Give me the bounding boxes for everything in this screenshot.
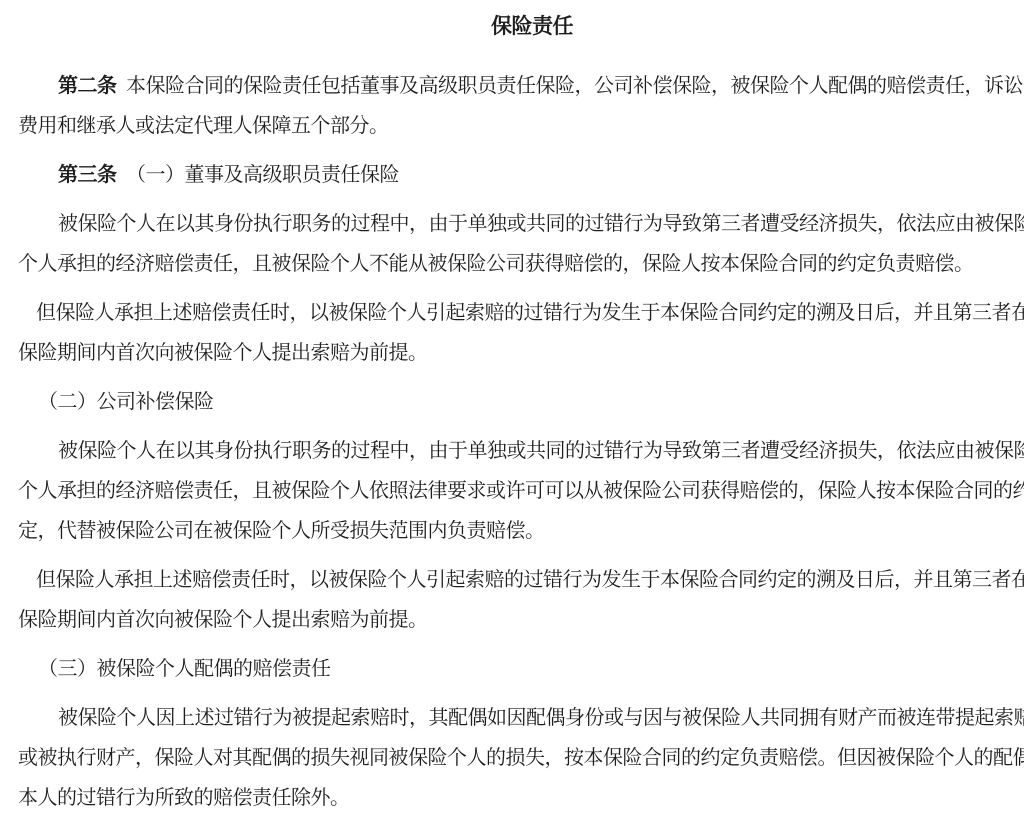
section-1-p1-line-1: 被保险个人在以其身份执行职务的过程中，由于单独或共同的过错行为导致第三者遭受经济…: [18, 204, 1024, 244]
section-2-paragraph-1: 被保险个人在以其身份执行职务的过程中，由于单独或共同的过错行为导致第三者遭受经济…: [18, 431, 1024, 551]
section-1-paragraph-1: 被保险个人在以其身份执行职务的过程中，由于单独或共同的过错行为导致第三者遭受经济…: [18, 204, 1024, 284]
section-1-paragraph-2: 但保险人承担上述赔偿责任时，以被保险个人引起索赔的过错行为发生于本保险合同约定的…: [18, 293, 1024, 373]
article-3-heading-line: 第三条 （一）董事及高级职员责任保险: [18, 155, 1024, 195]
article-2-line-2: 费用和继承人或法定代理人保障五个部分。: [18, 106, 1024, 146]
article-3-label: 第三条: [58, 164, 117, 186]
article-3-heading: 第三条 （一）董事及高级职员责任保险: [18, 155, 1024, 195]
section-2-heading-line: （二）公司补偿保险: [18, 382, 1024, 422]
section-2-paragraph-2: 但保险人承担上述赔偿责任时，以被保险个人引起索赔的过错行为发生于本保险合同约定的…: [18, 560, 1024, 640]
page-title: 保险责任: [40, 6, 1024, 46]
section-1-heading-text: （一）董事及高级职员责任保险: [117, 164, 400, 186]
section-2-heading: （二）公司补偿保险: [18, 382, 1024, 422]
article-2-label: 第二条: [58, 75, 117, 97]
article-2-line-1: 第二条 本保险合同的保险责任包括董事及高级职员责任保险，公司补偿保险，被保险个人…: [18, 66, 1024, 106]
section-2-p1-line-3: 定，代替被保险公司在被保险个人所受损失范围内负责赔偿。: [18, 511, 1024, 551]
section-3-p1-line-3: 本人的过错行为所致的赔偿责任除外。: [18, 778, 1024, 818]
document-page: 保险责任 第二条 本保险合同的保险责任包括董事及高级职员责任保险，公司补偿保险，…: [0, 0, 1024, 825]
section-3-paragraph-1: 被保险个人因上述过错行为被提起索赔时，其配偶如因配偶身份或与因与被保险人共同拥有…: [18, 698, 1024, 818]
article-2-paragraph: 第二条 本保险合同的保险责任包括董事及高级职员责任保险，公司补偿保险，被保险个人…: [18, 66, 1024, 146]
section-3-heading: （三）被保险个人配偶的赔偿责任: [18, 649, 1024, 689]
section-3-heading-line: （三）被保险个人配偶的赔偿责任: [18, 649, 1024, 689]
section-1-p2-line-2: 保险期间内首次向被保险个人提出索赔为前提。: [18, 333, 1024, 373]
section-1-p1-line-2: 个人承担的经济赔偿责任，且被保险个人不能从被保险公司获得赔偿的，保险人按本保险合…: [18, 244, 1024, 284]
section-3-p1-line-1: 被保险个人因上述过错行为被提起索赔时，其配偶如因配偶身份或与因与被保险人共同拥有…: [18, 698, 1024, 738]
article-2-text: 本保险合同的保险责任包括董事及高级职员责任保险，公司补偿保险，被保险个人配偶的赔…: [117, 75, 1024, 97]
section-2-p1-line-2: 个人承担的经济赔偿责任，且被保险个人依照法律要求或许可可以从被保险公司获得赔偿的…: [18, 471, 1024, 511]
section-1-p2-line-1: 但保险人承担上述赔偿责任时，以被保险个人引起索赔的过错行为发生于本保险合同约定的…: [18, 293, 1024, 333]
section-3-p1-line-2: 或被执行财产，保险人对其配偶的损失视同被保险个人的损失，按本保险合同的约定负责赔…: [18, 738, 1024, 778]
section-2-p2-line-1: 但保险人承担上述赔偿责任时，以被保险个人引起索赔的过错行为发生于本保险合同约定的…: [18, 560, 1024, 600]
section-2-p2-line-2: 保险期间内首次向被保险个人提出索赔为前提。: [18, 600, 1024, 640]
section-2-p1-line-1: 被保险个人在以其身份执行职务的过程中，由于单独或共同的过错行为导致第三者遭受经济…: [18, 431, 1024, 471]
